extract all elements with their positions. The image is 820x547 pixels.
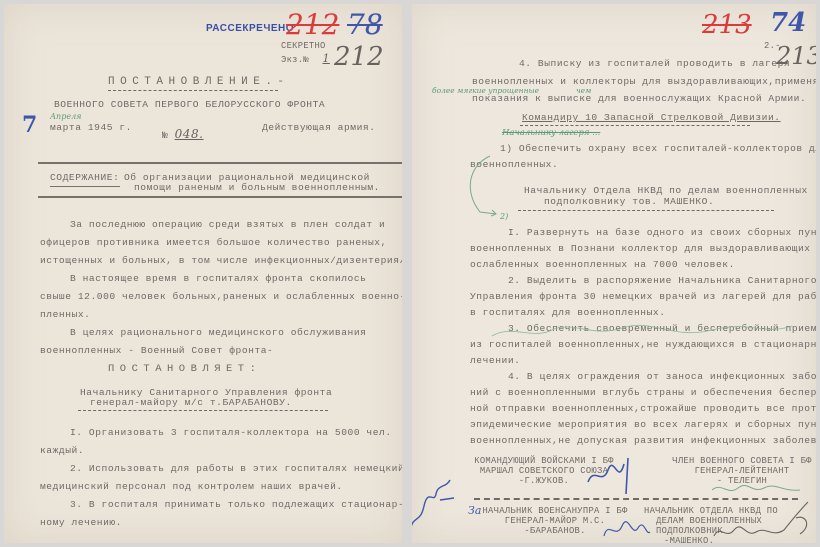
addressee-nkvd-line-1: Начальнику Отдела НКВД по делам военнопл… (524, 186, 808, 196)
nkvd-item: лечении. (470, 356, 520, 366)
date-day-handwritten: 7 (22, 112, 37, 138)
nkvd-item: Управления фронта 30 немецких врачей из … (470, 292, 816, 302)
subject-line-2: помощи раненым и больным военнопленным. (134, 183, 380, 193)
nkvd-item: ослабленных военнопленных на 7000 челове… (470, 260, 735, 270)
addressee-2-underline (518, 210, 774, 211)
document-title: ПОСТАНОВЛЕНИЕ.- (108, 76, 290, 88)
date-month-correction: Апреля (50, 112, 81, 121)
divider-top (38, 162, 402, 164)
divider-bottom (38, 196, 402, 198)
order-item: I. Организовать 3 госпиталя-коллектора н… (70, 428, 392, 438)
guard-item: 1) Обеспечить охрану всех госпиталей-кол… (500, 144, 816, 154)
telegin-title: ЧЛЕН ВОЕННОГО СОВЕТА I БФ (668, 456, 816, 466)
nkvd-item: эпидемические мероприятия во всех лагеря… (470, 420, 816, 430)
nkvd-item: I. Развернуть на базе одного из своих сб… (508, 228, 816, 238)
order-number: № 048. (162, 128, 214, 141)
body-line: военнопленных - Военный Совет фронта- (40, 346, 273, 356)
telegin-rank: ГЕНЕРАЛ-ЛЕЙТЕНАНТ (668, 466, 816, 476)
order-item: каждый. (40, 446, 84, 456)
resolves-heading: ПОСТАНОВЛЯЕТ: (108, 363, 261, 375)
green-note-3: Начальнику лагеря ... (502, 128, 600, 138)
addressee-division-commander: Командиру 10 Запасной Стрелковой Дивизии… (522, 113, 781, 123)
copy-label-text: Экз.№ (281, 55, 309, 65)
margin-signature (412, 474, 466, 534)
zhukov-signature (584, 456, 644, 496)
addressee-nkvd-line-2: подполковнику тов. МАШЕНКО. (544, 197, 714, 207)
item4-line: 4. Выписку из госпиталей проводить в лаг… (519, 59, 790, 69)
body-line: пленных. (40, 310, 90, 320)
blue-archive-number: 74 (770, 8, 806, 38)
active-army-label: Действующая армия. (262, 123, 376, 133)
order-item: 2. Использовать для работы в этих госпит… (70, 464, 402, 474)
subject-label-underline (50, 186, 120, 187)
green-arrow-annotation (462, 152, 522, 222)
document-page-right: 213 74 2.- 213 4. Выписку из госпиталей … (412, 4, 816, 543)
item4-line: показания к выписке для военнослужащих К… (472, 94, 806, 104)
mashenko-signature (712, 500, 816, 543)
nkvd-item: в госпиталях для военнопленных. (470, 308, 666, 318)
blue-archive-number: 78 (347, 8, 383, 41)
nkvd-item: военнопленных в Познани коллектор для вы… (470, 244, 816, 254)
order-number-label: № (162, 130, 168, 141)
marker-2: 2) (500, 212, 508, 221)
declassified-stamp: РАССЕКРЕЧЕНО (206, 23, 294, 34)
order-item: ному лечению. (40, 518, 122, 528)
body-line: В целях рационального медицинского обслу… (70, 328, 366, 338)
telegin-signature (712, 482, 802, 498)
nkvd-item: ний с военнопленными вглубь страны и обе… (470, 388, 816, 398)
order-item: 3. В госпиталя принимать только подлежащ… (70, 500, 402, 510)
body-line: свыше 12.000 человек больных,раненых и о… (40, 292, 402, 302)
date-text: марта 1945 г. (50, 123, 132, 133)
addressee-underline (78, 410, 328, 411)
nkvd-item: из госпиталей военнопленных,не нуждающих… (470, 340, 816, 350)
handwritten-page-number: 212 (334, 42, 384, 72)
nkvd-item: 2. Выделить в распоряжение Начальника Са… (508, 276, 816, 286)
nkvd-item: военнопленных,не допуская развития инфек… (470, 436, 816, 446)
subject-label: СОДЕРЖАНИЕ: (50, 173, 119, 183)
body-line: офицеров противника имеется большое коли… (40, 238, 387, 248)
body-line: В настоящее время в госпиталях фронта ск… (70, 274, 366, 284)
document-subtitle: ВОЕННОГО СОВЕТА ПЕРВОГО БЕЛОРУССКОГО ФРО… (54, 100, 325, 110)
title-underline (108, 90, 278, 91)
copy-label: Экз.№ 1 (281, 52, 338, 65)
secret-label: СЕКРЕТНО (281, 41, 326, 51)
red-archive-number: 213 (702, 10, 752, 40)
body-line: истощенных и больных, в том числе инфекц… (40, 256, 402, 266)
addressee-line-2: генерал-майору м/с т.БАРАБАНОВУ. (90, 398, 292, 408)
nkvd-item: 4. В целях ограждения от заноса инфекцио… (508, 372, 816, 382)
order-number-value: 048. (175, 127, 214, 141)
document-page-left: РАССЕКРЕЧЕНО 212 78 СЕКРЕТНО Экз.№ 1 212… (4, 4, 402, 543)
order-item: медицинский персонал под контролем наших… (40, 482, 343, 492)
nkvd-item: ной отправки военнопленных,строжайше про… (470, 404, 816, 414)
red-archive-number: 212 (286, 8, 339, 41)
addressee-1-underline (520, 125, 750, 126)
body-line: За последнюю операцию среди взятых в пле… (70, 220, 385, 230)
barabanov-title: НАЧАЛЬНИК ВОЕНСАНУПРА I БФ (480, 506, 630, 516)
